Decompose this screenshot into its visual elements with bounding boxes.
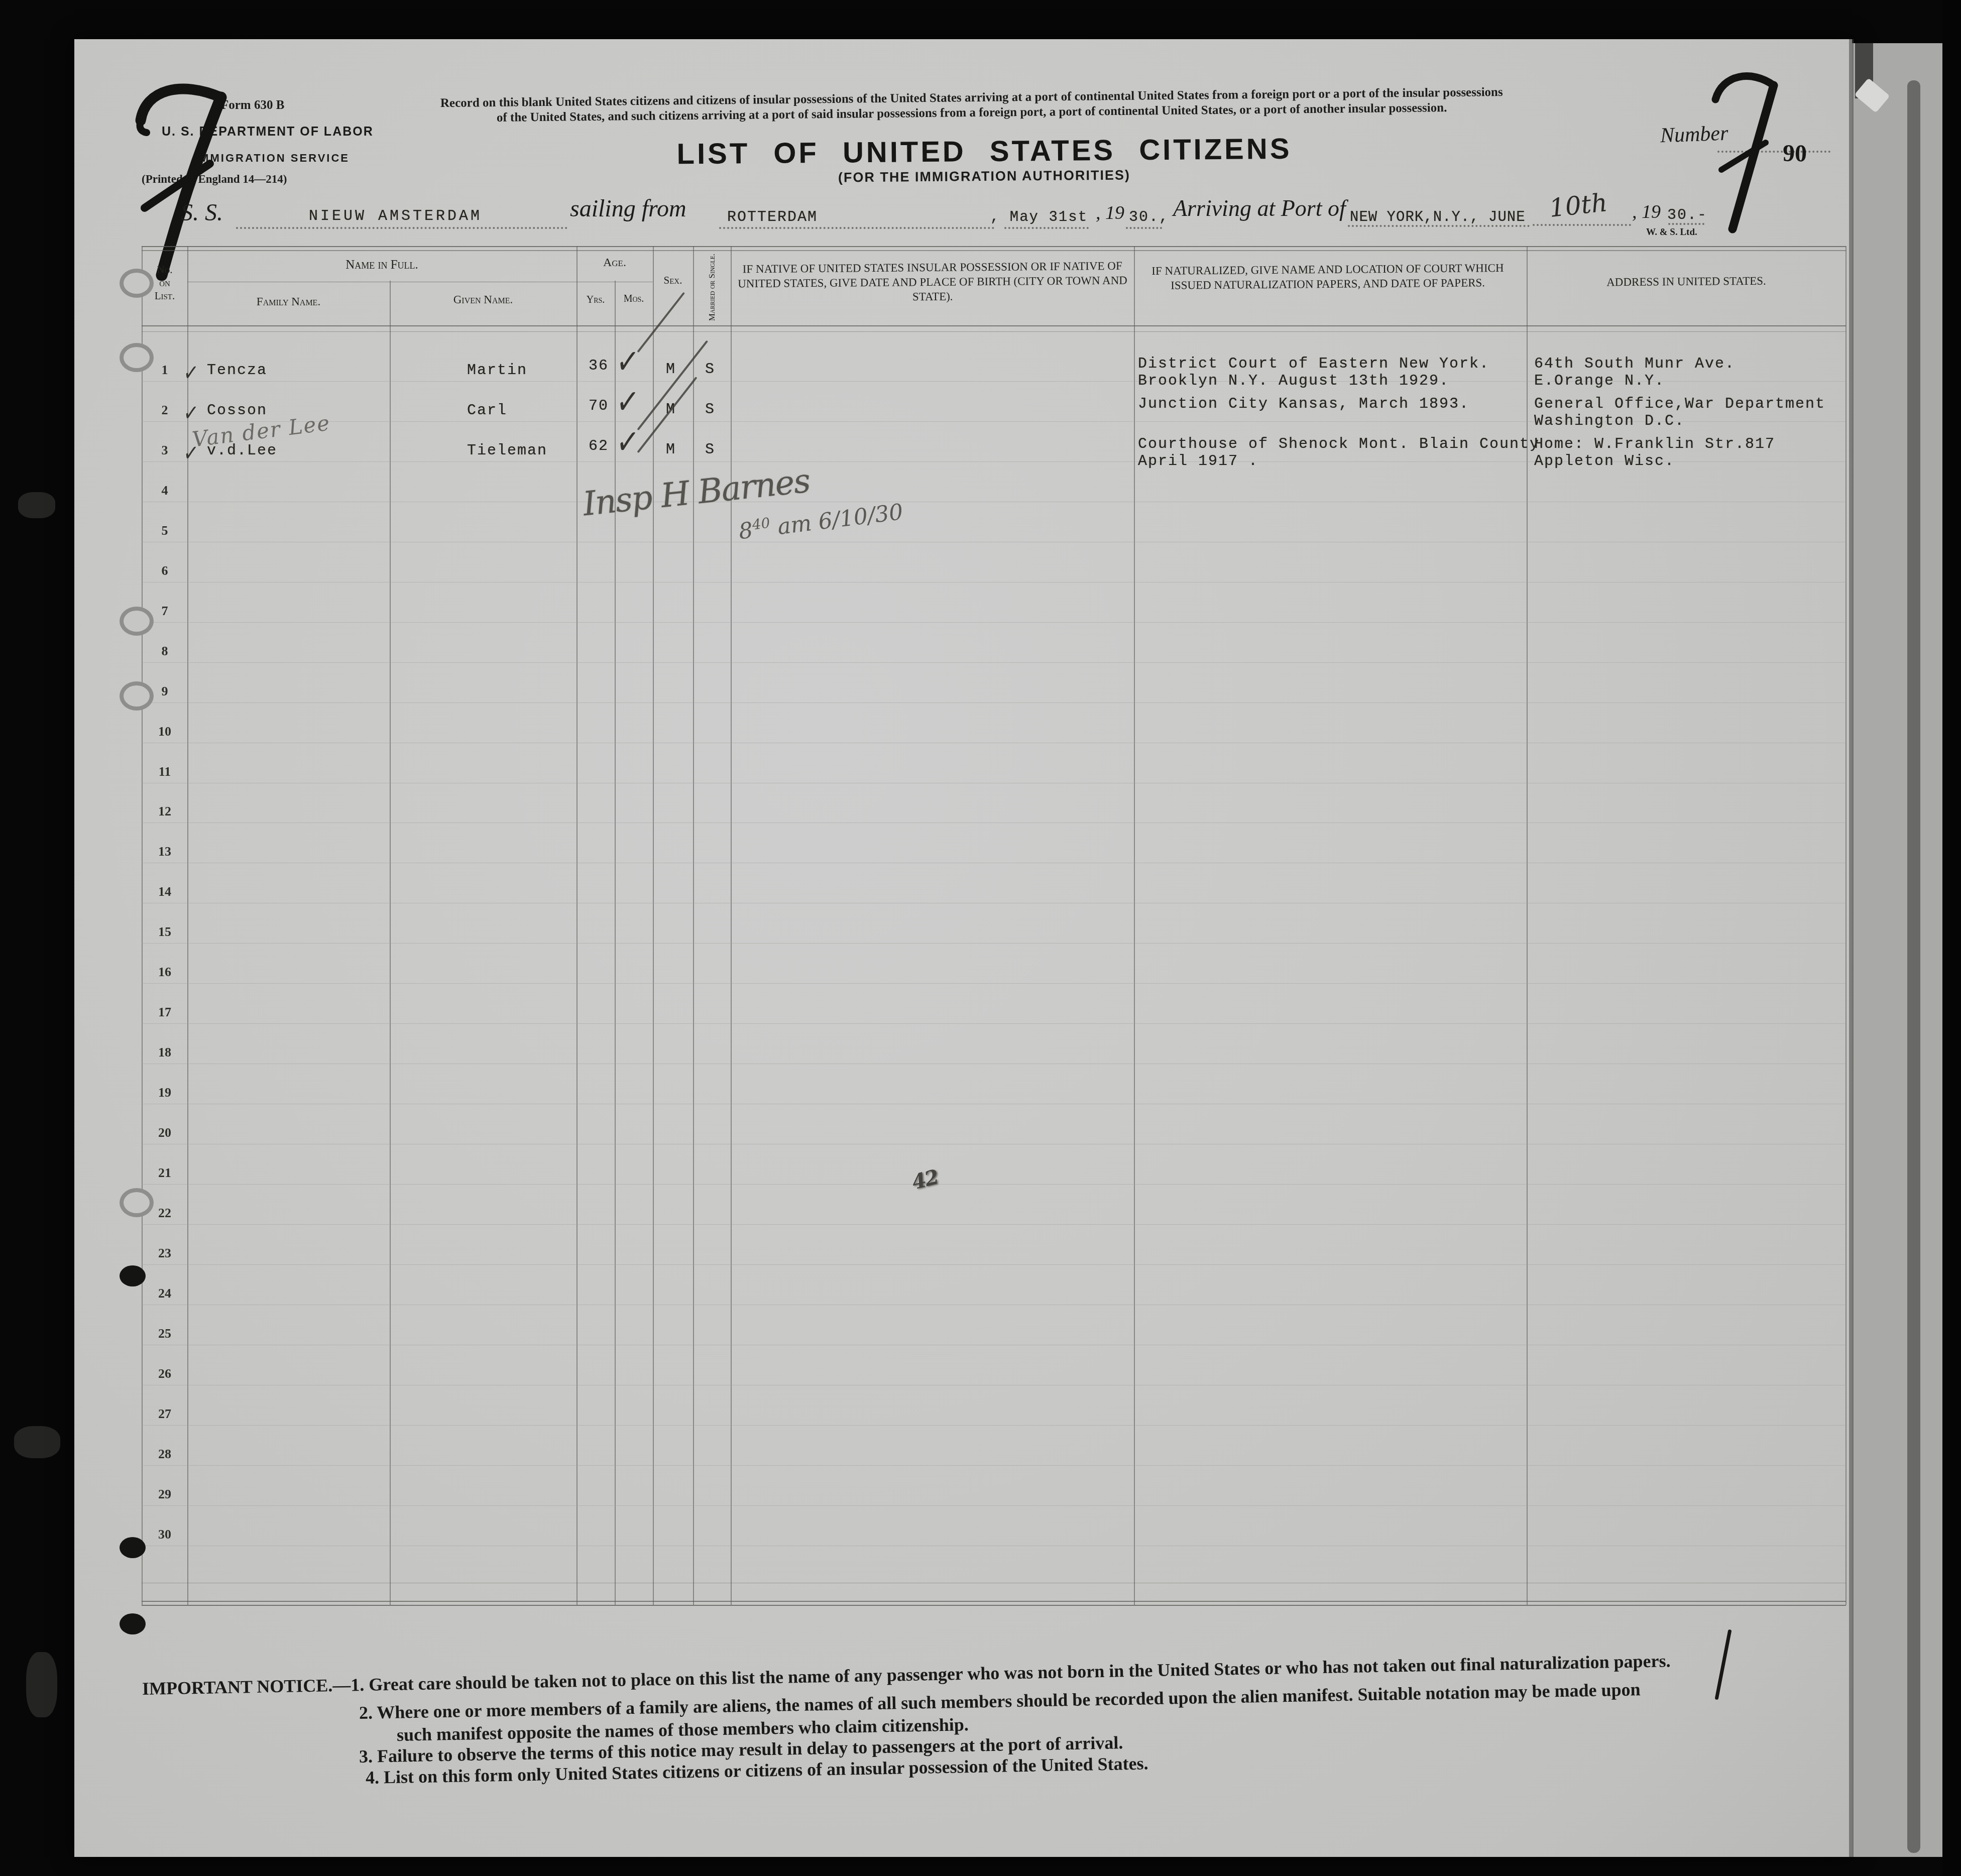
row-number: 24 [151, 1286, 179, 1301]
handwritten-corner-number-7 [121, 65, 241, 286]
table-column-line [576, 246, 578, 1605]
sex-cell: M [666, 361, 676, 378]
given-name-cell: Carl [467, 402, 507, 419]
binding-black-edge [1942, 0, 1961, 1876]
row-ruling-line [142, 702, 1846, 703]
row-number: 17 [151, 1005, 179, 1020]
table-column-line [653, 246, 654, 1605]
address-cell: E.Orange N.Y. [1534, 373, 1665, 390]
row-ruling-line [142, 1224, 1846, 1225]
table-horizontal-rule [142, 250, 1846, 251]
row-number: 14 [151, 884, 179, 899]
punch-hole [120, 607, 154, 636]
ss-label: S. S. [181, 199, 223, 226]
col-header-married-or-single: Married or Single. [693, 251, 731, 331]
row-ruling-line [142, 783, 1846, 783]
row-number: 8 [151, 644, 179, 659]
row-number: 9 [151, 684, 179, 699]
address-cell: 64th South Munr Ave. [1534, 356, 1735, 373]
punch-hole [120, 269, 154, 298]
row-number: 26 [151, 1366, 179, 1381]
table-column-line [1134, 246, 1135, 1605]
row-number: 13 [151, 844, 179, 859]
time-minutes: 40 [751, 514, 771, 533]
punch-hole [120, 681, 154, 711]
row-ruling-line [142, 622, 1846, 623]
family-name-cell: Tencza [207, 362, 267, 379]
table-horizontal-rule [142, 1601, 1846, 1602]
row-number: 15 [151, 924, 179, 940]
col-header-yrs: Yrs. [576, 294, 615, 306]
row-checkmark: ✓ [182, 359, 199, 388]
table-column-line [142, 246, 143, 1605]
margin-smudge [26, 1652, 57, 1717]
married-single-cell: S [705, 401, 715, 418]
row-ruling-line [142, 582, 1846, 582]
handwritten-number-7 [1702, 63, 1788, 234]
ship-name: NIEUW AMSTERDAM [309, 208, 482, 225]
row-number: 18 [151, 1045, 179, 1060]
scanned-manifest-screenshot: Form 630 B U. S. DEPARTMENT OF LABOR IMM… [0, 0, 1961, 1876]
punch-hole [120, 1537, 146, 1558]
row-number: 11 [151, 764, 179, 779]
address-cell: General Office,War Department [1534, 396, 1825, 413]
table-horizontal-rule [142, 325, 1846, 326]
row-number: 6 [151, 563, 179, 578]
binding-shadow [1907, 80, 1920, 1853]
printed-year-prefix: , 19 [1096, 202, 1124, 224]
row-ruling-line [142, 1425, 1846, 1426]
address-cell: Appleton Wisc. [1534, 453, 1675, 470]
row-number: 21 [151, 1165, 179, 1181]
dotted-line [1668, 223, 1704, 225]
row-number: 4 [151, 483, 179, 498]
row-number: 2 [151, 403, 179, 418]
given-name-cell: Martin [467, 362, 527, 379]
age-checkmark: ✓ [615, 381, 641, 423]
punch-hole [120, 1613, 146, 1634]
row-ruling-line [142, 943, 1846, 944]
row-ruling-line [142, 863, 1846, 863]
dotted-line [1533, 224, 1631, 226]
row-number: 27 [151, 1406, 179, 1422]
manifest-page [74, 39, 1852, 1857]
naturalization-cell: April 1917 . [1138, 453, 1258, 470]
col-header-sex: Sex. [653, 274, 693, 287]
row-number: 5 [151, 523, 179, 538]
row-ruling-line [142, 903, 1846, 903]
married-single-cell: S [705, 361, 715, 378]
row-ruling-line [142, 1064, 1846, 1064]
row-ruling-line [142, 1184, 1846, 1185]
row-ruling-line [142, 1465, 1846, 1466]
sailing-date: , May 31st [990, 209, 1088, 225]
punch-hole [120, 1188, 154, 1217]
row-ruling-line [142, 1264, 1846, 1265]
printed-year-prefix: , 19 [1632, 201, 1661, 223]
row-ruling-line [142, 823, 1846, 823]
married-single-cell: S [705, 441, 715, 458]
row-number: 12 [151, 804, 179, 819]
page-fold-line [1849, 39, 1854, 1857]
table-horizontal-rule [142, 1605, 1846, 1606]
header-subdivider [187, 282, 653, 282]
underlying-page-edge [1852, 43, 1944, 1857]
table-column-line [693, 246, 694, 1605]
dotted-line [1126, 227, 1162, 229]
row-ruling-line [142, 502, 1846, 502]
row-number: 30 [151, 1527, 179, 1542]
row-number: 20 [151, 1125, 179, 1140]
row-ruling-line [142, 1345, 1846, 1345]
row-number: 19 [151, 1085, 179, 1100]
col-header-married-or-single-text: Married or Single. [707, 247, 717, 327]
col-header-naturalized: IF NATURALIZED, GIVE NAME AND LOCATION O… [1141, 261, 1515, 293]
page-number-stamp: 90 [1783, 140, 1807, 168]
punch-hole [120, 1265, 146, 1286]
margin-smudge [14, 1426, 60, 1458]
row-number: 10 [151, 724, 179, 739]
age-years-cell: 36 [589, 358, 609, 375]
table-horizontal-rule [142, 246, 1846, 247]
sailing-from-label: sailing from [570, 195, 686, 222]
naturalization-cell: Courthouse of Shenock Mont. Blain County [1138, 436, 1540, 453]
row-ruling-line [142, 1385, 1846, 1385]
row-number: 23 [151, 1246, 179, 1261]
col-header-family-name: Family Name. [187, 295, 390, 308]
table-column-line [1845, 246, 1847, 1605]
row-ruling-line [142, 983, 1846, 984]
departure-port: ROTTERDAM [727, 209, 818, 226]
arriving-at-port-label: Arriving at Port of [1173, 195, 1346, 221]
row-ruling-line [142, 1305, 1846, 1305]
age-years-cell: 62 [589, 438, 609, 455]
naturalization-cell: District Court of Eastern New York. [1138, 356, 1489, 373]
dotted-line [236, 227, 567, 229]
margin-smudge [18, 492, 55, 518]
dotted-line [1004, 227, 1089, 229]
row-ruling-line [142, 1546, 1846, 1546]
row-ruling-line [142, 1144, 1846, 1144]
address-cell: Washington D.C. [1534, 413, 1685, 430]
age-checkmark: ✓ [615, 340, 641, 383]
col-header-mos: Mos. [615, 293, 653, 305]
row-ruling-line [142, 1505, 1846, 1506]
row-number: 3 [151, 443, 179, 458]
given-name-cell: Tieleman [467, 442, 547, 459]
col-header-given-name: Given Name. [390, 293, 576, 306]
arrival-port: NEW YORK,N.Y., JUNE [1350, 209, 1526, 225]
table-horizontal-rule [142, 331, 1846, 332]
row-ruling-line [142, 662, 1846, 663]
col-header-name-in-full: Name in Full. [187, 258, 576, 272]
naturalization-cell: Junction City Kansas, March 1893. [1138, 396, 1469, 413]
row-number: 25 [151, 1326, 179, 1341]
row-number: 29 [151, 1487, 179, 1502]
col-header-age: Age. [576, 256, 653, 270]
dotted-line [719, 227, 994, 229]
address-cell: Home: W.Franklin Str.817 [1534, 436, 1775, 453]
row-number: 16 [151, 965, 179, 980]
row-number: 22 [151, 1206, 179, 1221]
punch-hole [120, 343, 154, 372]
family-name-cell: Cosson [207, 402, 267, 419]
row-number: 28 [151, 1447, 179, 1462]
row-ruling-line [142, 743, 1846, 743]
row-checkmark: ✓ [182, 399, 199, 428]
printer-mark: W. & S. Ltd. [1646, 227, 1697, 238]
table-column-line [731, 246, 732, 1605]
table-horizontal-rule [142, 1583, 1846, 1583]
col-header-native: IF NATIVE OF UNITED STATES INSULAR POSSE… [734, 259, 1131, 306]
naturalization-cell: Brooklyn N.Y. August 13th 1929. [1138, 373, 1449, 390]
row-ruling-line [142, 1104, 1846, 1104]
dotted-line [1348, 225, 1530, 227]
sex-cell: M [666, 441, 676, 458]
row-ruling-line [142, 1023, 1846, 1024]
col-header-address: ADDRESS IN UNITED STATES. [1527, 274, 1846, 290]
row-ruling-line [142, 542, 1846, 542]
row-number: 1 [151, 363, 179, 378]
typed-year: 30.- [1667, 207, 1707, 224]
page-title: LIST OF UNITED STATES CITIZENS [593, 131, 1376, 172]
age-checkmark: ✓ [615, 421, 641, 463]
handwritten-arrival-day: 10th [1548, 188, 1608, 223]
row-number: 7 [151, 604, 179, 619]
age-years-cell: 70 [589, 398, 609, 415]
typed-year: 30., [1129, 209, 1169, 226]
